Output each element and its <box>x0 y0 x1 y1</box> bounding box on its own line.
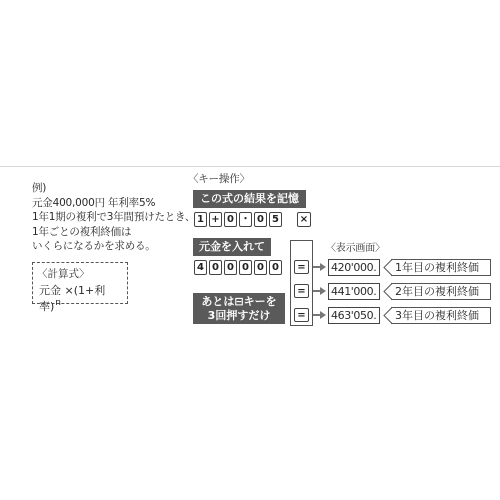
calc-key-dot[interactable]: ・ <box>239 212 252 227</box>
display-value: 441'000. <box>328 283 380 300</box>
result-callout: 1年目の複利終価 <box>383 259 491 276</box>
calc-key-0[interactable]: 0 <box>239 260 252 275</box>
calc-key-0[interactable]: 0 <box>224 260 237 275</box>
display-value: 420'000. <box>328 259 380 276</box>
divider-line <box>0 166 500 167</box>
example-line: 元金400,000円 年利率5% <box>32 196 155 211</box>
result-label: 3年目の複利終価 <box>391 307 491 324</box>
calc-key-0[interactable]: 0 <box>209 260 222 275</box>
result-callout: 3年目の複利終価 <box>383 307 491 324</box>
calc-key-equals[interactable]: = <box>294 308 309 322</box>
calc-key-equals[interactable]: = <box>294 260 309 274</box>
calc-key-0[interactable]: 0 <box>269 260 282 275</box>
formula-exponent: n <box>55 298 61 308</box>
example-line: 1年ごとの複利終価は <box>32 225 131 240</box>
step3-banner-line2: 3回押すだけ <box>193 309 285 323</box>
calc-key-1[interactable]: 1 <box>194 212 207 227</box>
calc-key-equals[interactable]: = <box>294 284 309 298</box>
formula-label: 〈計算式〉 <box>37 266 90 281</box>
example-line: 1年1期の複利で3年間預けたとき、 <box>32 210 195 225</box>
step2-key-row: 4 0 0 0 0 0 <box>194 260 282 275</box>
step3-banner: あとは⊟キーを 3回押すだけ <box>193 293 285 324</box>
result-label: 2年目の複利終価 <box>391 283 491 300</box>
calc-key-5[interactable]: 5 <box>269 212 282 227</box>
display-heading: 〈表示画面〉 <box>326 242 385 257</box>
formula-expression: 元金 ×(1+利率)n <box>39 282 127 314</box>
formula-box: 〈計算式〉 元金 ×(1+利率)n <box>32 262 128 304</box>
arrow-right-icon <box>313 263 327 271</box>
calc-key-0[interactable]: 0 <box>224 212 237 227</box>
calc-key-0[interactable]: 0 <box>254 260 267 275</box>
calc-key-plus[interactable]: + <box>209 212 222 227</box>
calc-key-0[interactable]: 0 <box>254 212 267 227</box>
calc-key-4[interactable]: 4 <box>194 260 207 275</box>
result-callout: 2年目の複利終価 <box>383 283 491 300</box>
step2-banner: 元金を入れて <box>193 238 271 256</box>
formula-text: 元金 ×(1+利率) <box>39 284 105 313</box>
step1-key-row: 1 + 0 ・ 0 5 <box>194 212 282 227</box>
example-heading: 例) <box>32 181 46 196</box>
calc-key-multiply[interactable]: × <box>297 212 311 227</box>
arrow-right-icon <box>313 311 327 319</box>
example-line: いくらになるかを求める。 <box>32 239 156 254</box>
step1-banner: この式の結果を記憶 <box>193 190 306 208</box>
key-ops-heading: 〈キー操作〉 <box>188 172 250 187</box>
step3-banner-line1: あとは⊟キーを <box>193 295 285 309</box>
result-label: 1年目の複利終価 <box>391 259 491 276</box>
arrow-right-icon <box>313 287 327 295</box>
display-value: 463'050. <box>328 307 380 324</box>
